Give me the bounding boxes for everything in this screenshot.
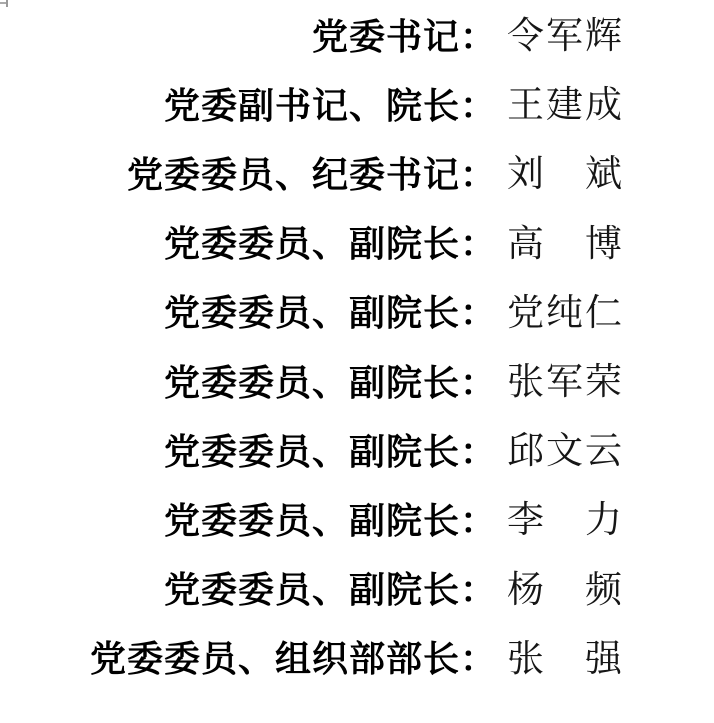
roster-row: 党委委员、副院长： 邱文云 <box>0 417 714 486</box>
person-name: 高 博 <box>507 226 624 263</box>
roster-row: 党委委员、副院长： 李 力 <box>0 486 714 555</box>
person-name: 刘 斌 <box>507 156 624 193</box>
role-title: 党委委员、副院长： <box>0 365 497 401</box>
roster-row: 党委委员、副院长： 党纯仁 <box>0 279 714 348</box>
person-name: 王建成 <box>507 87 624 124</box>
roster-row: 党委委员、副院长： 杨 频 <box>0 556 714 625</box>
role-title: 党委委员、副院长： <box>0 434 497 470</box>
person-name: 党纯仁 <box>507 295 624 332</box>
roster-row: 党委副书记、院长： 王建成 <box>0 71 714 140</box>
person-name: 杨 频 <box>507 572 624 609</box>
leadership-roster-document: 党委书记： 令军辉 党委副书记、院长： 王建成 党委委员、纪委书记： 刘 斌 党… <box>0 0 714 723</box>
roster-row: 党委委员、副院长： 高 博 <box>0 210 714 279</box>
role-title: 党委委员、组织部部长： <box>0 641 497 677</box>
role-title: 党委委员、副院长： <box>0 295 497 331</box>
role-title: 党委委员、副院长： <box>0 572 497 608</box>
role-title: 党委委员、副院长： <box>0 503 497 539</box>
person-name: 邱文云 <box>507 433 624 470</box>
person-name: 令军辉 <box>507 18 624 55</box>
role-title: 党委书记： <box>0 19 497 55</box>
roster-row: 党委委员、纪委书记： 刘 斌 <box>0 140 714 209</box>
roster-list: 党委书记： 令军辉 党委副书记、院长： 王建成 党委委员、纪委书记： 刘 斌 党… <box>0 2 714 694</box>
roster-row: 党委书记： 令军辉 <box>0 2 714 71</box>
roster-row: 党委委员、组织部部长： 张 强 <box>0 625 714 694</box>
role-title: 党委副书记、院长： <box>0 88 497 124</box>
person-name: 李 力 <box>507 502 624 539</box>
person-name: 张军荣 <box>507 364 624 401</box>
roster-row: 党委委员、副院长： 张军荣 <box>0 348 714 417</box>
role-title: 党委委员、纪委书记： <box>0 157 497 193</box>
role-title: 党委委员、副院长： <box>0 226 497 262</box>
person-name: 张 强 <box>507 641 624 678</box>
